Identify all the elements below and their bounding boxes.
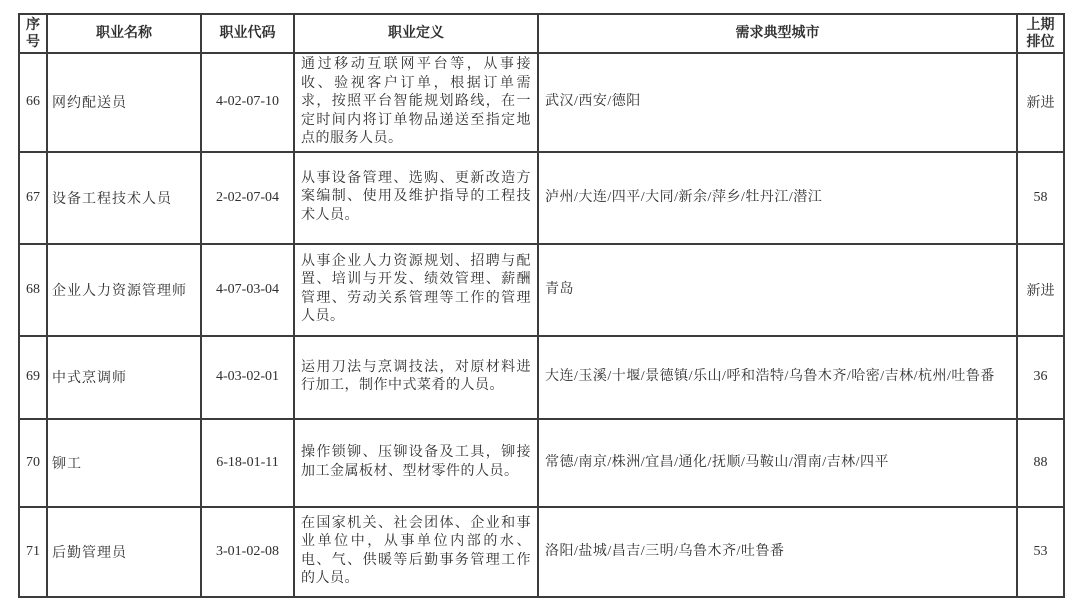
cell-occupation-name: 铆工 xyxy=(47,419,201,507)
cell-serial-number: 70 xyxy=(19,419,47,507)
cell-serial-number: 66 xyxy=(19,53,47,152)
cell-definition: 从事企业人力资源规划、招聘与配置、培训与开发、绩效管理、薪酬管理、劳动关系管理等… xyxy=(294,244,538,336)
cell-occupation-name: 中式烹调师 xyxy=(47,336,201,419)
cell-previous-rank: 58 xyxy=(1017,152,1064,244)
table-row: 66 网约配送员 4-02-07-10 通过移动互联网平台等，从事接收、验视客户… xyxy=(19,53,1064,152)
cell-occupation-code: 4-03-02-01 xyxy=(201,336,294,419)
cell-occupation-name: 设备工程技术人员 xyxy=(47,152,201,244)
cell-occupation-name: 网约配送员 xyxy=(47,53,201,152)
cell-previous-rank: 53 xyxy=(1017,507,1064,597)
cell-serial-number: 67 xyxy=(19,152,47,244)
table-row: 67 设备工程技术人员 2-02-07-04 从事设备管理、选购、更新改造方案编… xyxy=(19,152,1064,244)
cell-occupation-code: 2-02-07-04 xyxy=(201,152,294,244)
table-row: 70 铆工 6-18-01-11 操作锁铆、压铆设备及工具，铆接加工金属板材、型… xyxy=(19,419,1064,507)
cell-definition: 运用刀法与烹调技法，对原材料进行加工，制作中式菜肴的人员。 xyxy=(294,336,538,419)
occupation-ranking-table: 序号 职业名称 职业代码 职业定义 需求典型城市 上期排位 66 网约配送员 4… xyxy=(18,13,1065,598)
cell-serial-number: 69 xyxy=(19,336,47,419)
header-row: 序号 职业名称 职业代码 职业定义 需求典型城市 上期排位 xyxy=(19,14,1064,53)
cell-demand-cities: 大连/玉溪/十堰/景德镇/乐山/呼和浩特/乌鲁木齐/哈密/吉林/杭州/吐鲁番 xyxy=(538,336,1017,419)
document-page: 序号 职业名称 职业代码 职业定义 需求典型城市 上期排位 66 网约配送员 4… xyxy=(0,0,1080,604)
cell-demand-cities: 青岛 xyxy=(538,244,1017,336)
cell-demand-cities: 常德/南京/株洲/宜昌/通化/抚顺/马鞍山/渭南/吉林/四平 xyxy=(538,419,1017,507)
cell-occupation-code: 3-01-02-08 xyxy=(201,507,294,597)
column-header-serial: 序号 xyxy=(19,14,47,53)
cell-demand-cities: 泸州/大连/四平/大同/新余/萍乡/牡丹江/潜江 xyxy=(538,152,1017,244)
cell-occupation-name: 后勤管理员 xyxy=(47,507,201,597)
cell-demand-cities: 武汉/西安/德阳 xyxy=(538,53,1017,152)
cell-previous-rank: 88 xyxy=(1017,419,1064,507)
column-header-definition: 职业定义 xyxy=(294,14,538,53)
cell-occupation-code: 4-02-07-10 xyxy=(201,53,294,152)
table-row: 68 企业人力资源管理师 4-07-03-04 从事企业人力资源规划、招聘与配置… xyxy=(19,244,1064,336)
table-row: 69 中式烹调师 4-03-02-01 运用刀法与烹调技法，对原材料进行加工，制… xyxy=(19,336,1064,419)
cell-occupation-name: 企业人力资源管理师 xyxy=(47,244,201,336)
cell-previous-rank: 新进 xyxy=(1017,244,1064,336)
cell-definition: 操作锁铆、压铆设备及工具，铆接加工金属板材、型材零件的人员。 xyxy=(294,419,538,507)
cell-occupation-code: 4-07-03-04 xyxy=(201,244,294,336)
cell-previous-rank: 新进 xyxy=(1017,53,1064,152)
cell-definition: 通过移动互联网平台等，从事接收、验视客户订单，根据订单需求，按照平台智能规划路线… xyxy=(294,53,538,152)
table-row: 71 后勤管理员 3-01-02-08 在国家机关、社会团体、企业和事业单位中，… xyxy=(19,507,1064,597)
cell-serial-number: 71 xyxy=(19,507,47,597)
column-header-occupation-name: 职业名称 xyxy=(47,14,201,53)
cell-definition: 从事设备管理、选购、更新改造方案编制、使用及维护指导的工程技术人员。 xyxy=(294,152,538,244)
column-header-demand-cities: 需求典型城市 xyxy=(538,14,1017,53)
cell-occupation-code: 6-18-01-11 xyxy=(201,419,294,507)
cell-definition: 在国家机关、社会团体、企业和事业单位中，从事单位内部的水、电、气、供暖等后勤事务… xyxy=(294,507,538,597)
column-header-previous-rank: 上期排位 xyxy=(1017,14,1064,53)
column-header-occupation-code: 职业代码 xyxy=(201,14,294,53)
cell-previous-rank: 36 xyxy=(1017,336,1064,419)
cell-serial-number: 68 xyxy=(19,244,47,336)
cell-demand-cities: 洛阳/盐城/昌吉/三明/乌鲁木齐/吐鲁番 xyxy=(538,507,1017,597)
